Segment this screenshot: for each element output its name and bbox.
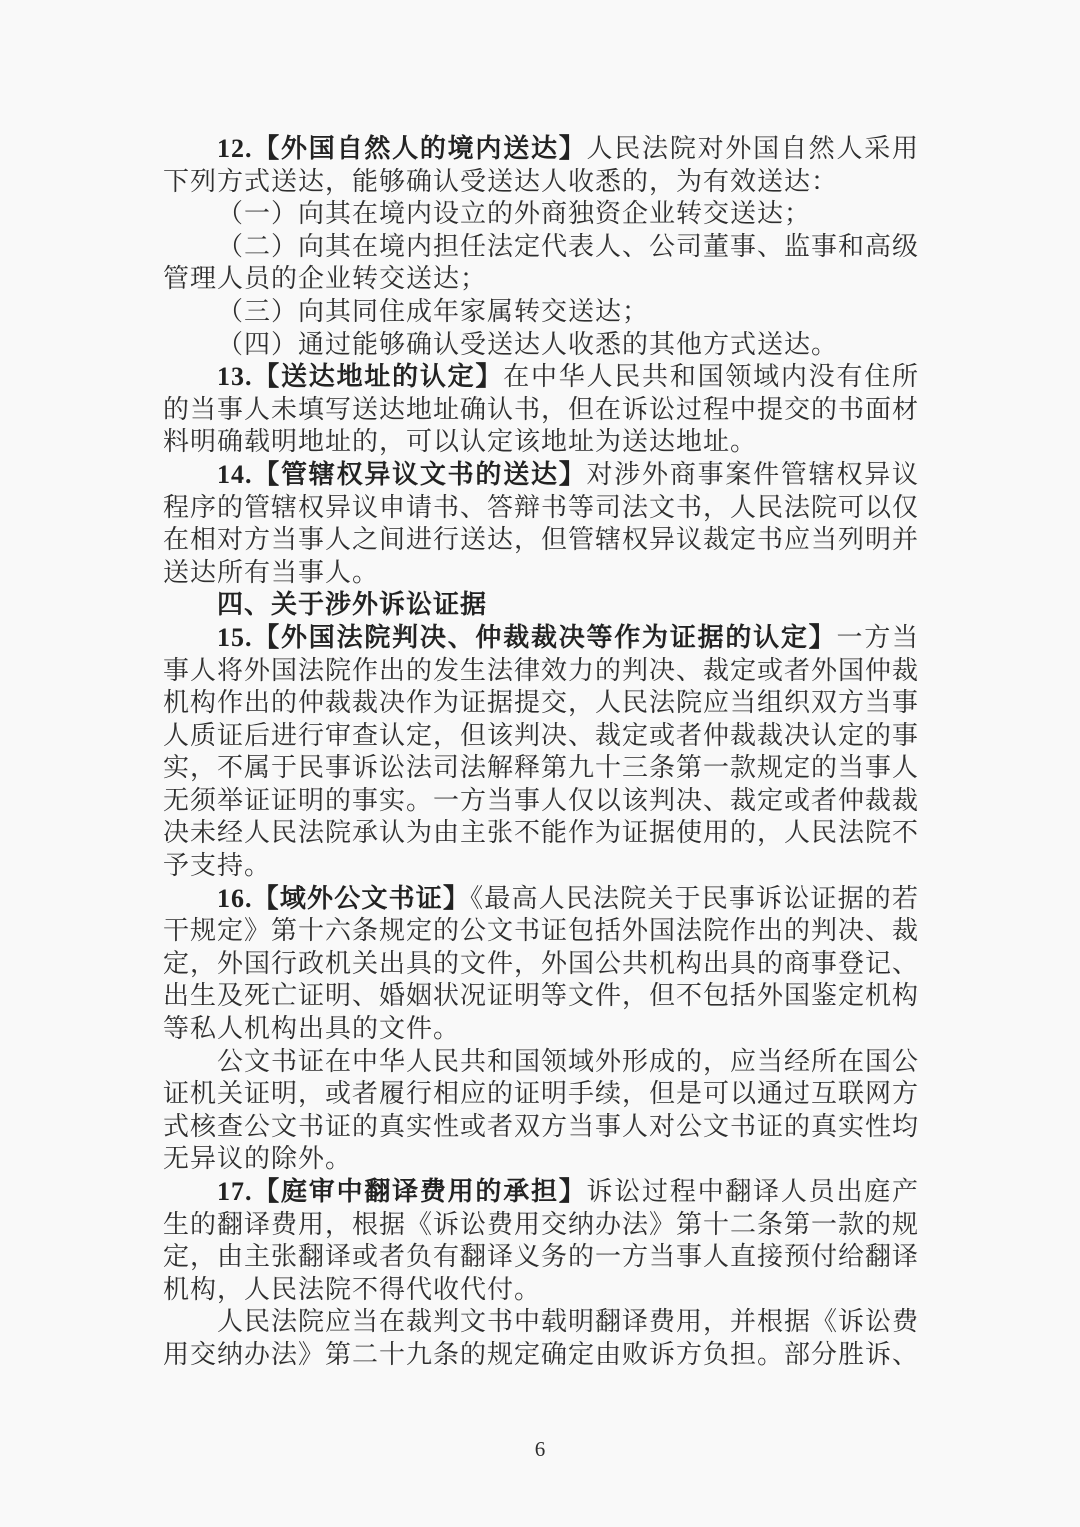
article-12-item-4-body: （四）通过能够确认受送达人收悉的其他方式送达。	[217, 330, 838, 359]
article-12-item-3-body: （三）向其同住成年家属转交送达；	[217, 297, 649, 326]
article-13: 13.【送达地址的认定】在中华人民共和国领域内没有住所的当事人未填写送达地址确认…	[163, 361, 919, 459]
article-12-item-3: （三）向其同住成年家属转交送达；	[163, 296, 919, 329]
article-17: 17.【庭审中翻译费用的承担】诉讼过程中翻译人员出庭产生的翻译费用，根据《诉讼费…	[163, 1176, 919, 1306]
article-12-heading: 12.【外国自然人的境内送达】	[217, 134, 587, 163]
article-16-continuation: 公文书证在中华人民共和国领域外形成的，应当经所在国公证机关证明，或者履行相应的证…	[163, 1046, 919, 1176]
article-17-heading: 17.【庭审中翻译费用的承担】	[217, 1177, 587, 1206]
text-block: 12.【外国自然人的境内送达】人民法院对外国自然人采用下列方式送达，能够确认受送…	[163, 133, 919, 1372]
article-16: 16.【域外公文书证】《最高人民法院关于民事诉讼证据的若干规定》第十六条规定的公…	[163, 883, 919, 1046]
article-14: 14.【管辖权异议文书的送达】对涉外商事案件管辖权异议程序的管辖权异议申请书、答…	[163, 459, 919, 589]
section-heading-evidence-text: 四、关于涉外诉讼证据	[217, 590, 487, 619]
article-12-item-4: （四）通过能够确认受送达人收悉的其他方式送达。	[163, 329, 919, 362]
article-16-continuation-body: 公文书证在中华人民共和国领域外形成的，应当经所在国公证机关证明，或者履行相应的证…	[163, 1047, 919, 1174]
article-15-heading: 15.【外国法院判决、仲裁裁决等作为证据的认定】	[217, 623, 836, 652]
document-page: 12.【外国自然人的境内送达】人民法院对外国自然人采用下列方式送达，能够确认受送…	[0, 0, 1080, 1527]
article-12-item-2: （二）向其在境内担任法定代表人、公司董事、监事和高级管理人员的企业转交送达；	[163, 231, 919, 296]
section-heading-evidence: 四、关于涉外诉讼证据	[163, 589, 919, 622]
page-number: 6	[0, 1437, 1080, 1462]
article-12-item-2-body: （二）向其在境内担任法定代表人、公司董事、监事和高级管理人员的企业转交送达；	[163, 232, 919, 294]
article-17-continuation: 人民法院应当在裁判文书中载明翻译费用，并根据《诉讼费用交纳办法》第二十九条的规定…	[163, 1306, 919, 1371]
article-12: 12.【外国自然人的境内送达】人民法院对外国自然人采用下列方式送达，能够确认受送…	[163, 133, 919, 198]
article-17-continuation-body: 人民法院应当在裁判文书中载明翻译费用，并根据《诉讼费用交纳办法》第二十九条的规定…	[163, 1307, 919, 1369]
article-16-heading: 16.【域外公文书证】	[217, 884, 470, 913]
article-13-heading: 13.【送达地址的认定】	[217, 362, 503, 391]
article-12-item-1-body: （一）向其在境内设立的外商独资企业转交送达；	[217, 199, 811, 228]
article-15: 15.【外国法院判决、仲裁裁决等作为证据的认定】一方当事人将外国法院作出的发生法…	[163, 622, 919, 883]
article-14-heading: 14.【管辖权异议文书的送达】	[217, 460, 587, 489]
article-15-body: 一方当事人将外国法院作出的发生法律效力的判决、裁定或者外国仲裁机构作出的仲裁裁决…	[163, 623, 919, 880]
article-12-item-1: （一）向其在境内设立的外商独资企业转交送达；	[163, 198, 919, 231]
